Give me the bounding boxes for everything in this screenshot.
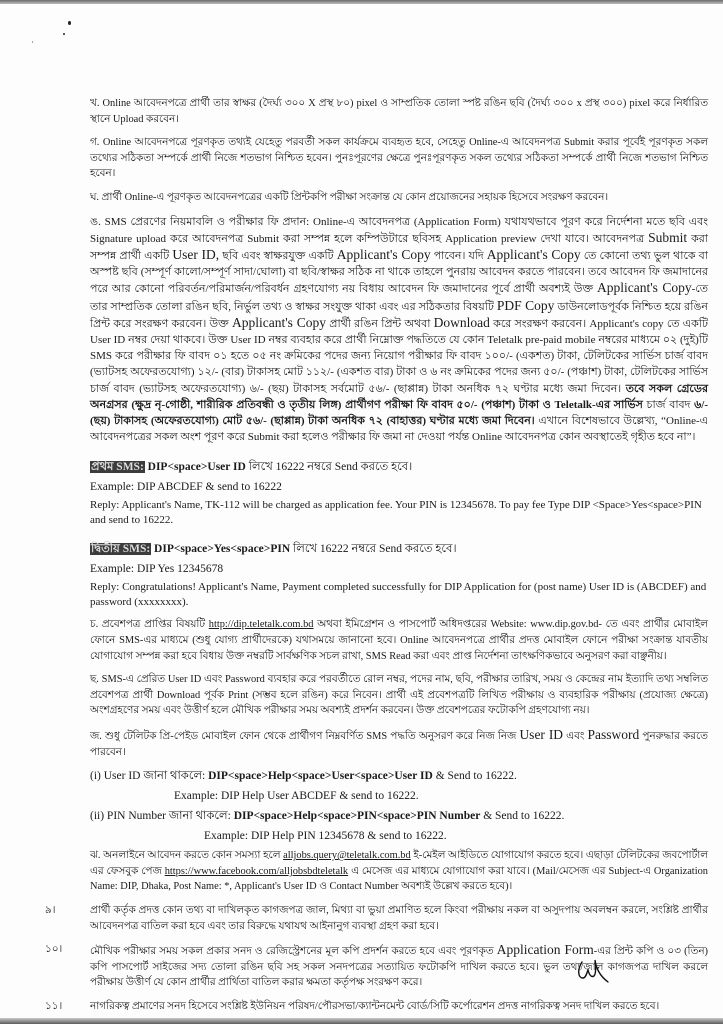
- scan-top-edge: [0, 0, 723, 4]
- para-cha: চ. প্রবেশপত্র প্রাপ্তির বিষয়টি http://d…: [90, 617, 708, 664]
- para-chha: ছ. SMS-এ প্রেরিত User ID এবং Password ব্…: [90, 672, 708, 719]
- second-sms-reply: Reply: Congratulations! Applicant's Name…: [90, 580, 708, 609]
- first-sms-example: Example: DIP ABCDEF & send to 16222: [90, 479, 708, 495]
- first-sms-command: DIP<space>User ID: [145, 461, 246, 473]
- speck: [68, 21, 71, 25]
- para-jha: ঝ. অনলাইনে আবেদন করতে কোন সমস্যা হলে all…: [90, 848, 708, 895]
- signature-mark: [574, 956, 614, 986]
- second-sms-tag: দ্বিতীয় SMS:: [90, 543, 151, 555]
- first-sms-block: প্রথম SMS: DIP<space>User ID লিখে 16222 …: [90, 459, 708, 527]
- item-number: ৯।: [45, 903, 55, 919]
- numbered-item-11: ১১। নাগরিকত্ব প্রমাণের সনদ হিসেবে সংশ্লি…: [90, 999, 708, 1015]
- item-number: ১০।: [45, 942, 62, 958]
- para-kha: খ. Online আবেদনপত্রে প্রার্থী তার স্বাক্…: [90, 96, 708, 127]
- support-email-link[interactable]: alljobs.query@teletalk.com.bd: [283, 850, 411, 861]
- first-sms-reply: Reply: Applicant's Name, TK-112 will be …: [90, 498, 708, 527]
- para-ga: গ. Online আবেদনপত্রে পূরণকৃত তথ্যই যেহেত…: [90, 135, 708, 182]
- help-user-id: (i) User ID জানা থাকলে: DIP<space>Help<s…: [90, 768, 708, 784]
- dip-teletalk-link[interactable]: http://dip.teletalk.com.bd: [209, 619, 314, 630]
- second-sms-example: Example: DIP Yes 12345678: [90, 561, 708, 577]
- facebook-page-link[interactable]: https://www.facebook.com/alljobsbdteleta…: [165, 866, 348, 877]
- second-sms-command: DIP<space>Yes<space>PIN: [151, 543, 290, 555]
- help-user-example: Example: DIP Help User ABCDEF & send to …: [90, 788, 708, 804]
- speck: [63, 33, 65, 35]
- para-sms-rules: ঙ. SMS প্রেরণের নিয়মাবলি ও পরীক্ষার ফি …: [90, 214, 708, 446]
- item-number: ১১।: [45, 999, 62, 1015]
- numbered-item-10: ১০। মৌখিক পরীক্ষার সময় সকল প্রকার সনদ ও…: [90, 942, 708, 991]
- speck: [32, 41, 33, 43]
- numbered-item-9: ৯। প্রার্থী কর্তৃক প্রদত্ত কোন তথ্য বা দ…: [90, 903, 708, 934]
- help-pin-example: Example: DIP Help PIN 12345678 & send to…: [90, 828, 708, 844]
- para-ja: জ. শুধু টেলিটক প্রি-পেইড মোবাইল ফোন থেকে…: [90, 727, 708, 760]
- second-sms-block: দ্বিতীয় SMS: DIP<space>Yes<space>PIN লি…: [90, 541, 708, 609]
- first-sms-instruction: প্রথম SMS: DIP<space>User ID লিখে 16222 …: [90, 459, 708, 475]
- para-gha: ঘ. প্রার্থী Online-এ পূরণকৃত আবেদনপত্রের…: [90, 190, 708, 206]
- scan-specks: [20, 15, 80, 55]
- help-pin: (ii) PIN Number জানা থাকলে: DIP<space>He…: [90, 808, 708, 824]
- second-sms-instruction: দ্বিতীয় SMS: DIP<space>Yes<space>PIN লি…: [90, 541, 708, 557]
- scan-bottom-edge: [0, 1018, 723, 1024]
- document-page: খ. Online আবেদনপত্রে প্রার্থী তার স্বাক্…: [90, 96, 708, 1023]
- first-sms-tag: প্রথম SMS:: [90, 461, 145, 473]
